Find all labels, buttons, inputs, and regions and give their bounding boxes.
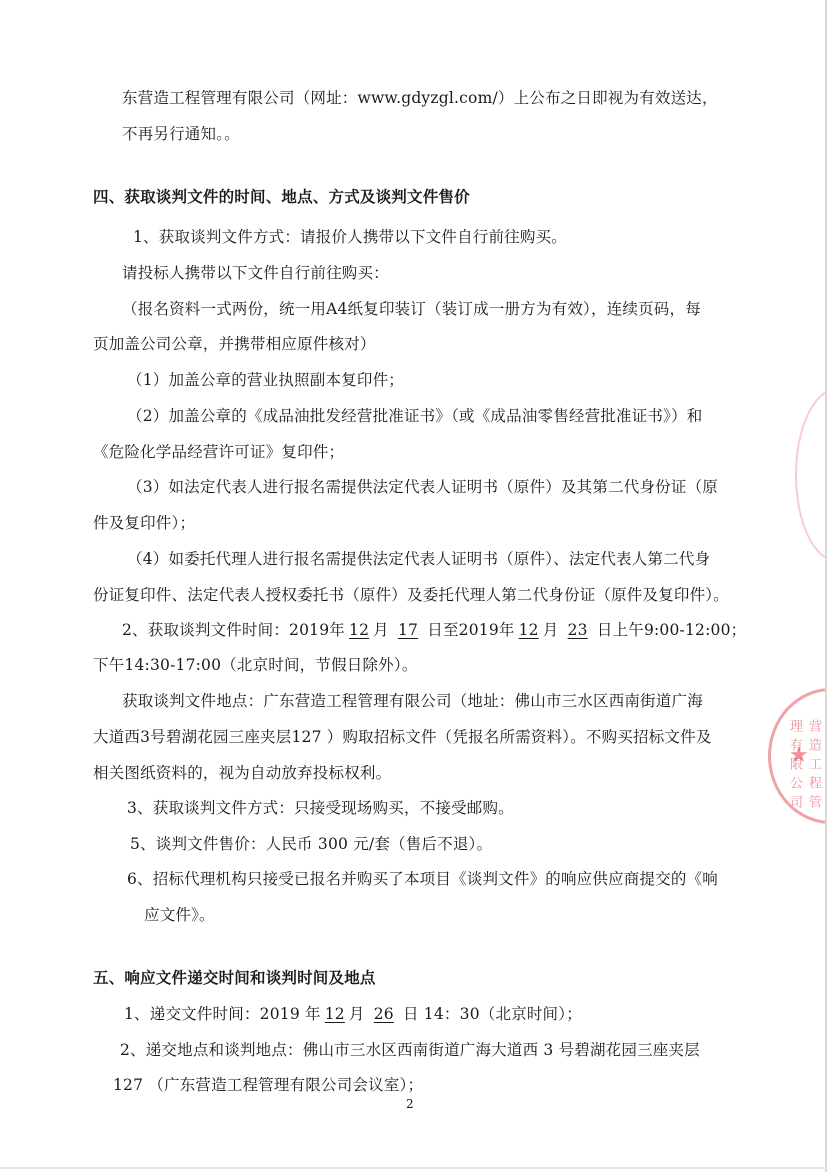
- submit-month: 12: [321, 1004, 349, 1024]
- document-page: 东营造工程管理有限公司（网址：www.gdyzgl.com/）上公布之日即视为有…: [0, 0, 827, 1172]
- item-2-suffix: 日上午9:00-12:00；: [597, 621, 747, 639]
- section-4-item-2-line-1: 2、获取谈判文件时间：2019年12月 17 日至2019年12月 23 日上午…: [122, 620, 746, 640]
- start-day: 17: [394, 620, 422, 640]
- requirement-4-line-2: 份证复印件、法定代表人授权委托书（原件）及委托代理人第二代身份证（原件及复印件）…: [93, 585, 729, 605]
- section-5-heading: 五、响应文件递交时间和谈判时间及地点: [93, 968, 376, 988]
- section-4-item-2-line-2: 下午14:30-17:00（北京时间，节假日除外）。: [93, 655, 418, 675]
- section-4-heading: 四、获取谈判文件的时间、地点、方式及谈判文件售价: [93, 187, 470, 207]
- seal-text: 营造工程管理有限公司: [785, 719, 823, 821]
- page-bottom-edge: [0, 1167, 827, 1169]
- item-2-prefix: 2、获取谈判文件时间：2019年: [122, 621, 345, 639]
- continuation-line-2: 不再另行通知。。: [122, 124, 240, 144]
- month-label-2: 月: [543, 621, 559, 639]
- section-4-item-5: 5、谈判文件售价：人民币 300 元/套（售后不退）。: [130, 834, 492, 854]
- requirement-2-line-2: 《危险化学品经营许可证》复印件；: [93, 442, 344, 462]
- requirement-1: （1）加盖公章的营业执照副本复印件；: [127, 370, 404, 390]
- section-4-note-line-1: （报名资料一式两份，统一用A4纸复印装订（装订成一册方为有效），连续页码，每: [122, 299, 701, 319]
- section-4-item-6-line-1: 6、招标代理机构只接受已报名并购买了本项目《谈判文件》的响应供应商提交的《响: [127, 869, 718, 889]
- end-day: 23: [564, 620, 592, 640]
- section-4-intro: 请投标人携带以下文件自行前往购买：: [122, 263, 389, 283]
- submit-day: 26: [370, 1004, 398, 1024]
- s5-item-1-suffix: 日 14：30（北京时间）；: [403, 1005, 582, 1023]
- requirement-4-line-1: （4）如委托代理人进行报名需提供法定代表人证明书（原件）、法定代表人第二代身: [127, 549, 710, 569]
- section-5-item-2-line-2: 127 （广东营造工程管理有限公司会议室）；: [113, 1075, 423, 1095]
- month-label: 月: [373, 621, 389, 639]
- requirement-3-line-2: 件及复印件）；: [93, 513, 195, 533]
- section-5-item-2-line-1: 2、递交地点和谈判地点：佛山市三水区西南街道广海大道西 3 号碧湖花园三座夹层: [120, 1040, 700, 1060]
- s5-item-1-prefix: 1、递交文件时间：2019 年: [124, 1005, 321, 1023]
- section-5-item-1: 1、递交文件时间：2019 年12月 26 日 14：30（北京时间）；: [124, 1004, 582, 1024]
- section-4-item-6-line-2: 应文件》。: [144, 905, 215, 925]
- seal-stamp-faint: [795, 388, 827, 562]
- requirement-2-line-1: （2）加盖公章的《成品油批发经营批准证书》（或《成品油零售经营批准证书》）和: [127, 406, 702, 426]
- location-line-2: 大道西3号碧湖花园三座夹层127 ）购取招标文件（凭报名所需资料）。不购买招标文…: [93, 727, 712, 747]
- location-line-3: 相关图纸资料的，视为自动放弃投标权利。: [93, 763, 391, 783]
- requirement-3-line-1: （3）如法定代表人进行报名需提供法定代表人证明书（原件）及其第二代身份证（原: [127, 477, 718, 497]
- section-4-item-3: 3、获取谈判文件方式：只接受现场购买，不接受邮购。: [127, 798, 514, 818]
- page-number: 2: [406, 1097, 414, 1111]
- seal-stamp: ★ 营造工程管理有限公司: [768, 688, 827, 824]
- item-2-mid: 日至2019年: [427, 621, 514, 639]
- end-month: 12: [515, 620, 543, 640]
- section-4-note-line-2: 页加盖公司公章，并携带相应原件核对）: [93, 334, 376, 354]
- s5-month-label: 月: [349, 1005, 365, 1023]
- start-month: 12: [345, 620, 373, 640]
- location-line-1: 获取谈判文件地点：广东营造工程管理有限公司（地址：佛山市三水区西南街道广海: [122, 691, 703, 711]
- section-4-item-1: 1、获取谈判文件方式：请报价人携带以下文件自行前往购买。: [133, 227, 567, 247]
- continuation-line-1: 东营造工程管理有限公司（网址：www.gdyzgl.com/）上公布之日即视为有…: [122, 88, 718, 108]
